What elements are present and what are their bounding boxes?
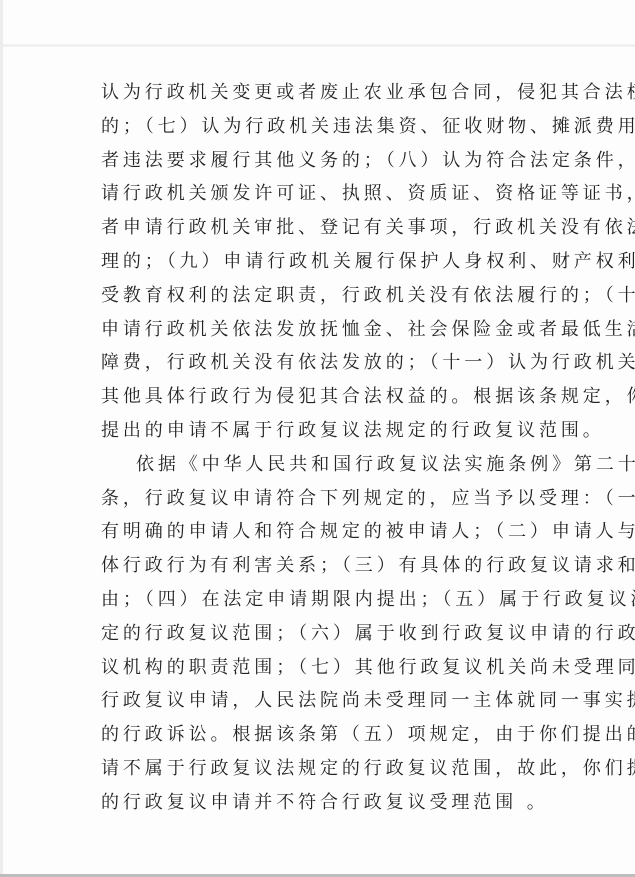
text-line: 请行政机关颁发许可证、执照、资质证、资格证等证书，或 [101, 177, 543, 211]
text-line: 定的行政复议范围；（六）属于收到行政复议申请的行政复 [101, 617, 543, 651]
text-line: 体行政行为有利害关系；（三）有具体的行政复议请求和理 [101, 549, 543, 583]
text-line: 提出的申请不属于行政复议法规定的行政复议范围。 [101, 414, 543, 448]
paragraph-2: 依据《中华人民共和国行政复议法实施条例》第二十八 条，行政复议申请符合下列规定的… [101, 448, 543, 820]
text-line: 障费，行政机关没有依法发放的；（十一）认为行政机关的 [101, 346, 543, 380]
text-line: 有明确的申请人和符合规定的被申请人；（二）申请人与具 [101, 515, 543, 549]
text-line: 其他具体行政行为侵犯其合法权益的。根据该条规定，你们 [101, 380, 543, 414]
text-line: 请不属于行政复议法规定的行政复议范围，故此，你们提出 [101, 752, 543, 786]
text-line: 议机构的职责范围；（七）其他行政复议机关尚未受理同一 [101, 651, 543, 685]
text-line: 行政复议申请，人民法院尚未受理同一主体就同一事实提起 [101, 684, 543, 718]
scan-artifact-edge-left [0, 0, 3, 877]
text-line: 由；（四）在法定申请期限内提出；（五）属于行政复议法规 [101, 583, 543, 617]
text-line: 的行政诉讼。根据该条第（五）项规定，由于你们提出的申 [101, 718, 543, 752]
text-line: 的行政复议申请并不符合行政复议受理范围 。 [101, 786, 543, 820]
text-line: 条，行政复议申请符合下列规定的，应当予以受理：（一） [101, 482, 543, 516]
text-line: 者违法要求履行其他义务的；（八）认为符合法定条件，申 [101, 144, 543, 178]
text-line: 理的；（九）申请行政机关履行保护人身权利、财产权利、 [101, 245, 543, 279]
text-line: 申请行政机关依法发放抚恤金、社会保险金或者最低生活保 [101, 313, 543, 347]
scan-artifact-line-top [0, 44, 635, 47]
text-line: 的；（七）认为行政机关违法集资、征收财物、摊派费用或 [101, 110, 543, 144]
text-line: 认为行政机关变更或者废止农业承包合同，侵犯其合法权益 [101, 76, 543, 110]
text-line: 受教育权利的法定职责，行政机关没有依法履行的；（十） [101, 279, 543, 313]
paragraph-1: 认为行政机关变更或者废止农业承包合同，侵犯其合法权益 的；（七）认为行政机关违法… [101, 76, 543, 448]
document-body: 认为行政机关变更或者废止农业承包合同，侵犯其合法权益 的；（七）认为行政机关违法… [101, 76, 543, 820]
text-line-indented: 依据《中华人民共和国行政复议法实施条例》第二十八 [101, 448, 543, 482]
scanned-document-page: 认为行政机关变更或者废止农业承包合同，侵犯其合法权益 的；（七）认为行政机关违法… [0, 0, 635, 877]
text-line: 者申请行政机关审批、登记有关事项，行政机关没有依法办 [101, 211, 543, 245]
